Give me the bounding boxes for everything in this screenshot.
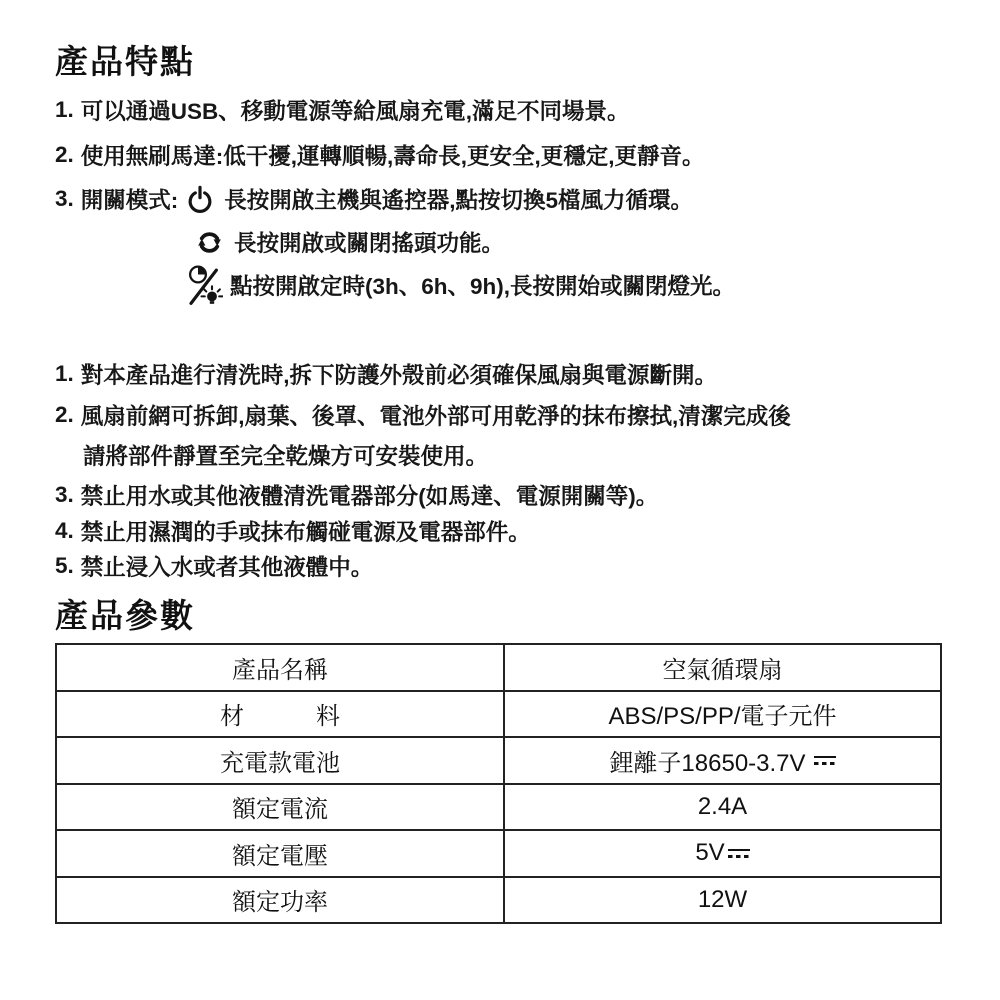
feature-item-2: 2. 使用無刷馬達:低干擾,運轉順暢,壽命長,更安全,更穩定,更靜音。 bbox=[55, 141, 960, 168]
specs-title: 產品參數 bbox=[55, 596, 960, 636]
care-item-2-number: 2. bbox=[55, 402, 74, 428]
power-icon bbox=[185, 184, 215, 214]
spec-row-battery: 充電款電池 鋰離子18650-3.7V bbox=[56, 737, 941, 784]
care-item-1-number: 1. bbox=[55, 361, 74, 387]
spec-row-rated-power: 額定功率 12W bbox=[56, 877, 941, 924]
spec-value: 空氣循環扇 bbox=[504, 644, 941, 691]
feature-item-3-number: 3. bbox=[55, 186, 74, 212]
care-item-3: 3. 禁止用水或其他液體清洗電器部分(如馬達、電源開關等)。 bbox=[55, 481, 960, 508]
spec-label: 額定電流 bbox=[56, 784, 504, 831]
product-sheet: 產品特點 1. 可以通過USB、移動電源等給風扇充電,滿足不同場景。 2. 使用… bbox=[0, 0, 1000, 1000]
spec-value: 鋰離子18650-3.7V bbox=[504, 737, 941, 784]
spec-label: 額定電壓 bbox=[56, 830, 504, 877]
care-item-3-number: 3. bbox=[55, 482, 74, 508]
spec-label: 產品名稱 bbox=[56, 644, 504, 691]
care-item-4-text: 禁止用濕潤的手或抹布觸碰電源及電器部件。 bbox=[81, 515, 531, 547]
spec-value: ABS/PS/PP/電子元件 bbox=[504, 691, 941, 738]
features-title: 產品特點 bbox=[55, 42, 960, 82]
care-item-3-text: 禁止用水或其他液體清洗電器部分(如馬達、電源開關等)。 bbox=[81, 479, 659, 511]
spec-row-material: 材 料 ABS/PS/PP/電子元件 bbox=[56, 691, 941, 738]
care-item-2-text: 風扇前網可拆卸,扇葉、後罩、電池外部可用乾淨的抹布擦拭,清潔完成後 bbox=[81, 399, 791, 431]
spec-value: 2.4A bbox=[504, 784, 941, 831]
care-item-1: 1. 對本產品進行清洗時,拆下防護外殼前必須確保風扇與電源斷開。 bbox=[55, 360, 960, 387]
feature-item-1-number: 1. bbox=[55, 97, 74, 123]
care-item-2: 2. 風扇前網可拆卸,扇葉、後罩、電池外部可用乾淨的抹布擦拭,清潔完成後 bbox=[55, 401, 960, 428]
spec-value: 12W bbox=[504, 877, 941, 924]
spec-label: 額定功率 bbox=[56, 877, 504, 924]
care-item-4-number: 4. bbox=[55, 518, 74, 544]
spec-row-rated-voltage: 額定電壓 5V bbox=[56, 830, 941, 877]
spec-row-rated-current: 額定電流 2.4A bbox=[56, 784, 941, 831]
oscillation-icon bbox=[195, 228, 224, 257]
care-item-5-text: 禁止浸入水或者其他液體中。 bbox=[81, 550, 374, 582]
feature-item-2-number: 2. bbox=[55, 142, 74, 168]
spec-label: 材 料 bbox=[56, 691, 504, 738]
specs-table: 產品名稱 空氣循環扇 材 料 ABS/PS/PP/電子元件 充電款電池 鋰離子1… bbox=[55, 643, 942, 924]
timer-light-icon bbox=[187, 264, 223, 306]
care-item-2-text-line2: 請將部件靜置至完全乾燥方可安裝使用。 bbox=[83, 439, 488, 471]
feature-item-1: 1. 可以通過USB、移動電源等給風扇充電,滿足不同場景。 bbox=[55, 96, 960, 123]
mode-timer-light-text: 點按開啟定時(3h、6h、9h),長按開始或關閉燈光。 bbox=[230, 269, 735, 301]
mode-timer-light: 點按開啟定時(3h、6h、9h),長按開始或關閉燈光。 bbox=[187, 262, 960, 308]
care-instructions: 1. 對本產品進行清洗時,拆下防護外殼前必須確保風扇與電源斷開。 2. 風扇前網… bbox=[55, 360, 960, 579]
care-item-4: 4. 禁止用濕潤的手或抹布觸碰電源及電器部件。 bbox=[55, 517, 960, 544]
spec-row-product-name: 產品名稱 空氣循環扇 bbox=[56, 644, 941, 691]
spec-label: 充電款電池 bbox=[56, 737, 504, 784]
mode-power-text: 長按開啟主機與遙控器,點按切換5檔風力循環。 bbox=[224, 183, 693, 215]
care-item-1-text: 對本產品進行清洗時,拆下防護外殼前必須確保風扇與電源斷開。 bbox=[81, 358, 717, 390]
mode-oscillation-text: 長按開啟或關閉搖頭功能。 bbox=[234, 226, 504, 258]
dc-symbol-icon bbox=[728, 847, 750, 860]
care-item-2-continued: 請將部件靜置至完全乾燥方可安裝使用。 bbox=[83, 441, 960, 468]
dc-symbol-icon bbox=[814, 754, 836, 767]
feature-item-2-text: 使用無刷馬達:低干擾,運轉順暢,壽命長,更安全,更穩定,更靜音。 bbox=[81, 139, 705, 171]
mode-oscillation: 長按開啟或關閉搖頭功能。 bbox=[195, 226, 960, 258]
feature-item-3: 3. 開關模式: 長按開啟主機與遙控器,點按切換5檔風力循環。 bbox=[55, 183, 960, 215]
care-item-5: 5. 禁止浸入水或者其他液體中。 bbox=[55, 552, 960, 579]
feature-item-3-label: 開關模式: bbox=[81, 183, 179, 215]
spec-value: 5V bbox=[504, 830, 941, 877]
feature-item-1-text: 可以通過USB、移動電源等給風扇充電,滿足不同場景。 bbox=[81, 94, 630, 126]
care-item-5-number: 5. bbox=[55, 553, 74, 579]
